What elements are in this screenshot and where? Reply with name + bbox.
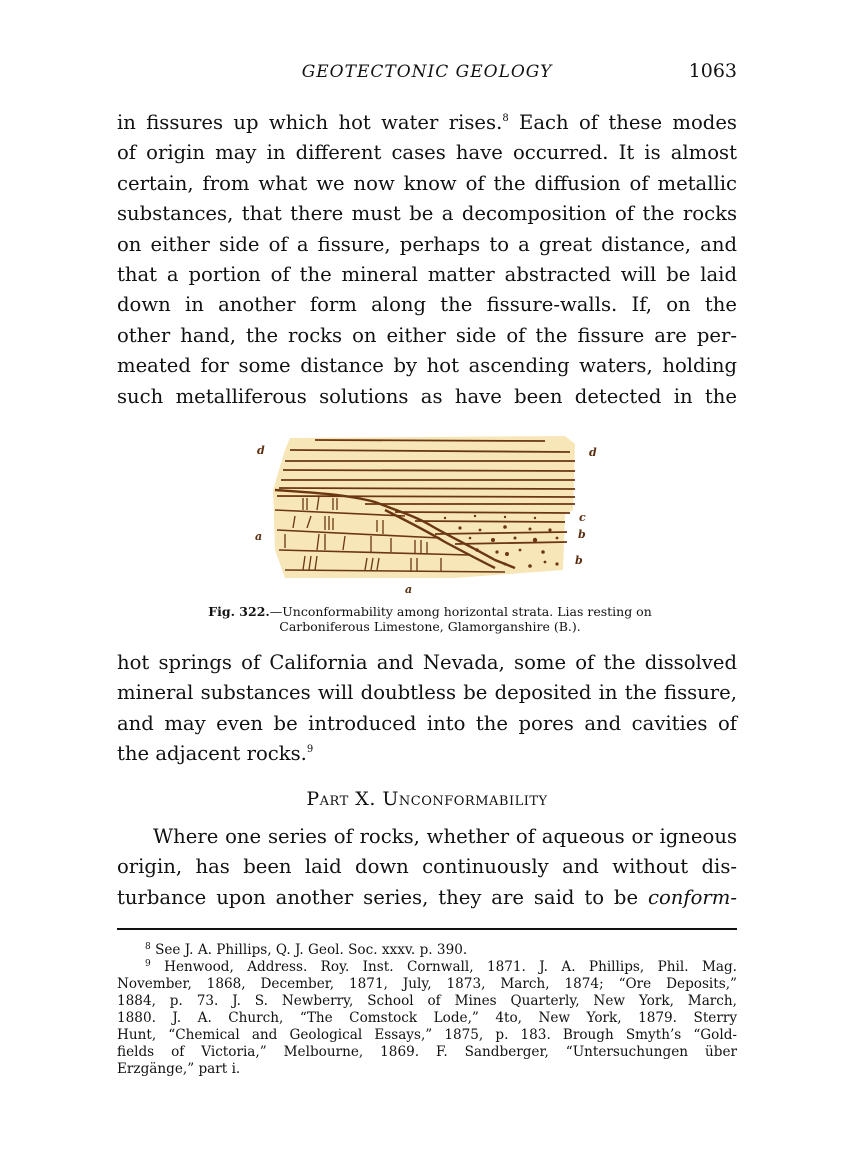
footnote-line: 1884, p. 73. J. S. Newberry, School of M… bbox=[117, 993, 737, 1010]
caption-text: —Unconformability among horizontal strat… bbox=[270, 604, 652, 619]
text-line: in fissures up which hot water rises.8 E… bbox=[117, 108, 737, 138]
text-line: Where one series of rocks, whether of aq… bbox=[117, 822, 737, 852]
footnote-line: fields of Victoria,” Melbourne, 1869. F.… bbox=[117, 1044, 737, 1061]
figure-label-c: c bbox=[579, 511, 586, 524]
text-line: certain, from what we now know of the di… bbox=[117, 169, 737, 199]
text-line: such metalliferous solutions as have bee… bbox=[117, 382, 737, 412]
figure-caption: Fig. 322.—Unconformability among horizon… bbox=[150, 604, 710, 634]
figure-label-b-upper: b bbox=[578, 528, 586, 541]
footnote-line: Hunt, “Chemical and Geological Essays,” … bbox=[117, 1027, 737, 1044]
text-line: hot springs of California and Nevada, so… bbox=[117, 648, 737, 678]
paragraph-2: hot springs of California and Nevada, so… bbox=[117, 648, 737, 770]
figure-322-strata-illustration: d d a c b b a bbox=[245, 430, 610, 595]
footnote-line: November, 1868, December, 1871, July, 18… bbox=[117, 976, 737, 993]
text-line: of origin may in different cases have oc… bbox=[117, 138, 737, 168]
text-line: down in another form along the fissure-w… bbox=[117, 290, 737, 320]
figure-label-d-right: d bbox=[589, 446, 597, 459]
text-line: that a portion of the mineral matter abs… bbox=[117, 260, 737, 290]
figure-label-a-left: a bbox=[255, 530, 262, 543]
figure-label-b-lower: b bbox=[575, 554, 583, 567]
text-line: other hand, the rocks on either side of … bbox=[117, 321, 737, 351]
footnotes: 8 See J. A. Phillips, Q. J. Geol. Soc. x… bbox=[117, 942, 737, 1078]
footnote-line: Erzgänge,” part i. bbox=[117, 1061, 737, 1078]
text-line: on either side of a fissure, perhaps to … bbox=[117, 230, 737, 260]
book-page: GEOTECTONIC GEOLOGY 1063 in fissures up … bbox=[0, 0, 850, 1150]
footnote-9: 9 Henwood, Address. Roy. Inst. Cornwall,… bbox=[117, 959, 737, 976]
paragraph-3: Where one series of rocks, whether of aq… bbox=[117, 822, 737, 913]
text-line: origin, has been laid down continuously … bbox=[117, 852, 737, 882]
text-line: meated for some distance by hot ascendin… bbox=[117, 351, 737, 381]
text-line: and may even be introduced into the pore… bbox=[117, 709, 737, 739]
strata-drawing: d d a c b b a bbox=[245, 430, 610, 595]
text-line: the adjacent rocks.9 bbox=[117, 739, 737, 769]
footnote-8: 8 See J. A. Phillips, Q. J. Geol. Soc. x… bbox=[117, 942, 737, 959]
text-line: mineral substances will doubtless be dep… bbox=[117, 678, 737, 708]
caption-line-2: Carboniferous Limestone, Glamorganshire … bbox=[150, 619, 710, 634]
footnote-line: 1880. J. A. Church, “The Comstock Lode,”… bbox=[117, 1010, 737, 1027]
footnote-ref-9[interactable]: 9 bbox=[307, 744, 313, 755]
italic-word: conform- bbox=[648, 886, 737, 909]
page-number: 1063 bbox=[689, 60, 737, 82]
paragraph-1: in fissures up which hot water rises.8 E… bbox=[117, 108, 737, 412]
section-heading: Part X. Unconformability bbox=[117, 788, 737, 810]
figure-number: Fig. 322. bbox=[208, 604, 270, 619]
footnote-divider bbox=[117, 928, 737, 930]
figure-label-d-left: d bbox=[257, 444, 265, 457]
figure-label-a-bottom: a bbox=[405, 583, 412, 595]
text-line: substances, that there must be a decompo… bbox=[117, 199, 737, 229]
running-head: GEOTECTONIC GEOLOGY 1063 bbox=[117, 60, 737, 88]
text-line: turbance upon another series, they are s… bbox=[117, 883, 737, 913]
running-title: GEOTECTONIC GEOLOGY bbox=[117, 62, 737, 82]
